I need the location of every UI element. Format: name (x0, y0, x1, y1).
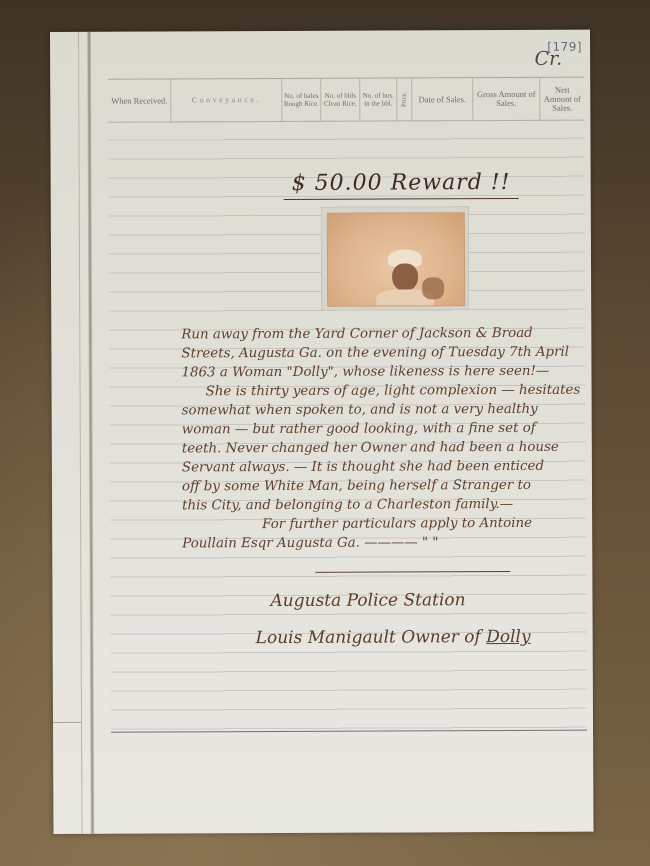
column-gross-amount: Gross Amount of Sales. (473, 78, 540, 120)
ledger-area: [179] Cr. When Received. Conveyance. No.… (108, 30, 587, 733)
ledger-page: [179] Cr. When Received. Conveyance. No.… (50, 30, 593, 834)
notice-line: this City, and belonging to a Charleston… (182, 495, 622, 516)
notice-line: 1863 a Woman "Dolly", whose likeness is … (181, 362, 621, 383)
column-when-received: When Received. (108, 79, 171, 121)
notice-line: She is thirty years of age, light comple… (182, 381, 622, 402)
credit-mark: Cr. (534, 48, 562, 70)
column-nett-amount: Nett Amount of Sales. (540, 78, 584, 120)
notice-body: Run away from the Yard Corner of Jackson… (181, 324, 622, 554)
owner-line: Louis Manigault Owner of (256, 627, 481, 648)
column-clean-rice: No. of bbls Clean Rice. (321, 79, 360, 121)
column-conveyance: Conveyance. (171, 79, 282, 121)
ledger-header-row: When Received. Conveyance. No. of bales … (108, 77, 584, 123)
photo-prop (422, 277, 444, 299)
owner-signature: Louis Manigault Owner of Dolly (256, 627, 531, 648)
owner-name: Dolly (486, 627, 530, 647)
notice-line: Streets, Augusta Ga. on the evening of T… (181, 343, 621, 364)
notice-line: For further particulars apply to Antoine (182, 514, 622, 535)
notice-line: woman — but rather good looking, with a … (182, 419, 622, 440)
face (392, 263, 418, 291)
fold-crease (87, 32, 94, 834)
stub-border (50, 32, 81, 723)
column-price-label: Price. (400, 92, 408, 107)
column-bushels: No. of bus. in the bbl. (360, 78, 397, 120)
column-price: Price. (397, 78, 412, 120)
column-date-of-sales: Date of Sales. (412, 78, 473, 120)
portrait-photo (327, 212, 465, 307)
column-rough-rice: No. of bales Rough Rice. (282, 79, 321, 121)
notice-line: Poullain Esqr Augusta Ga. ———— " " (182, 533, 622, 554)
notice-line: off by some White Man, being herself a S… (182, 476, 622, 497)
photo-mount (321, 206, 469, 311)
notice-line: Servant always. — It is thought she had … (182, 457, 622, 478)
notice-line: teeth. Never changed her Owner and had b… (182, 438, 622, 459)
page-stub (50, 32, 82, 834)
notice-line: somewhat when spoken to, and is not a ve… (182, 400, 622, 421)
police-station-line: Augusta Police Station (270, 590, 465, 611)
notice-line: Run away from the Yard Corner of Jackson… (181, 324, 621, 345)
reward-title: $ 50.00 Reward !! (284, 170, 519, 200)
